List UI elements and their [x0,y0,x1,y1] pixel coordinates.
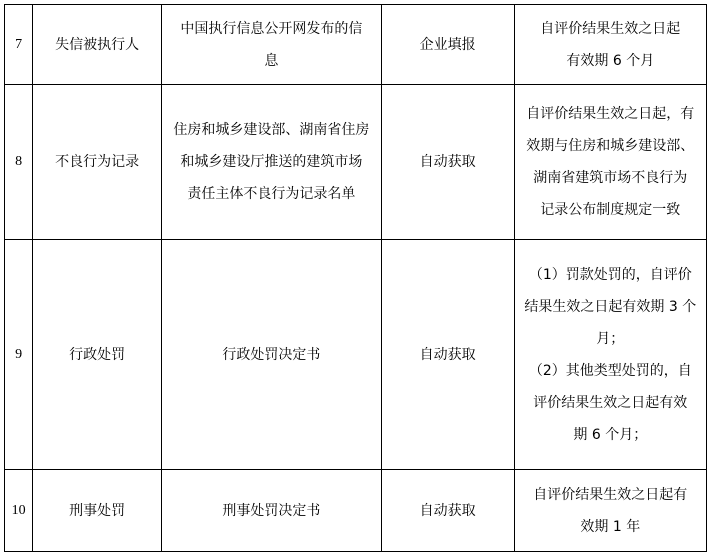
source-line: 住房和城乡建设部、湖南省住房 [164,114,379,146]
validity-line: 月； [517,323,704,355]
source-cell: 刑事处罚决定书 [162,470,382,552]
validity-cell: （1）罚款处罚的，自评价 结果生效之日起有效期 3 个 月； （2）其他类型处罚… [514,240,706,470]
validity-line: 自评价结果生效之日起有 [517,479,704,511]
validity-line: 评价结果生效之日起有效 [517,387,704,419]
policy-table: 7 失信被执行人 中国执行信息公开网发布的信 息 企业填报 自评价结果生效之日起… [4,4,707,552]
validity-cell: 自评价结果生效之日起 有效期 6 个月 [514,5,706,85]
item-name: 失信被执行人 [33,5,162,85]
row-index: 9 [5,240,33,470]
source-cell: 中国执行信息公开网发布的信 息 [162,5,382,85]
source-line: 责任主体不良行为记录名单 [164,178,379,210]
validity-line: 结果生效之日起有效期 3 个 [517,291,704,323]
validity-line: （1）罚款处罚的，自评价 [517,259,704,291]
method-cell: 企业填报 [381,5,514,85]
item-name: 行政处罚 [33,240,162,470]
row-index: 10 [5,470,33,552]
source-cell: 行政处罚决定书 [162,240,382,470]
source-line: 息 [164,45,379,77]
validity-line: （2）其他类型处罚的，自 [517,355,704,387]
validity-line: 记录公布制度规定一致 [517,194,704,226]
item-name: 刑事处罚 [33,470,162,552]
row-index: 8 [5,85,33,240]
validity-line: 有效期 6 个月 [517,45,704,77]
method-cell: 自动获取 [381,470,514,552]
validity-cell: 自评价结果生效之日起有 效期 1 年 [514,470,706,552]
table-row: 10 刑事处罚 刑事处罚决定书 自动获取 自评价结果生效之日起有 效期 1 年 [5,470,707,552]
item-name: 不良行为记录 [33,85,162,240]
validity-line: 自评价结果生效之日起，有 [517,98,704,130]
validity-line: 效期 1 年 [517,511,704,543]
validity-cell: 自评价结果生效之日起，有 效期与住房和城乡建设部、 湖南省建筑市场不良行为 记录… [514,85,706,240]
method-cell: 自动获取 [381,85,514,240]
source-line: 中国执行信息公开网发布的信 [164,13,379,45]
table-row: 9 行政处罚 行政处罚决定书 自动获取 （1）罚款处罚的，自评价 结果生效之日起… [5,240,707,470]
source-line: 行政处罚决定书 [164,339,379,371]
row-index: 7 [5,5,33,85]
table-row: 8 不良行为记录 住房和城乡建设部、湖南省住房 和城乡建设厅推送的建筑市场 责任… [5,85,707,240]
validity-line: 自评价结果生效之日起 [517,13,704,45]
source-line: 刑事处罚决定书 [164,495,379,527]
method-cell: 自动获取 [381,240,514,470]
validity-line: 湖南省建筑市场不良行为 [517,162,704,194]
validity-line: 效期与住房和城乡建设部、 [517,130,704,162]
source-cell: 住房和城乡建设部、湖南省住房 和城乡建设厅推送的建筑市场 责任主体不良行为记录名… [162,85,382,240]
table-row: 7 失信被执行人 中国执行信息公开网发布的信 息 企业填报 自评价结果生效之日起… [5,5,707,85]
source-line: 和城乡建设厅推送的建筑市场 [164,146,379,178]
validity-line: 期 6 个月； [517,419,704,451]
